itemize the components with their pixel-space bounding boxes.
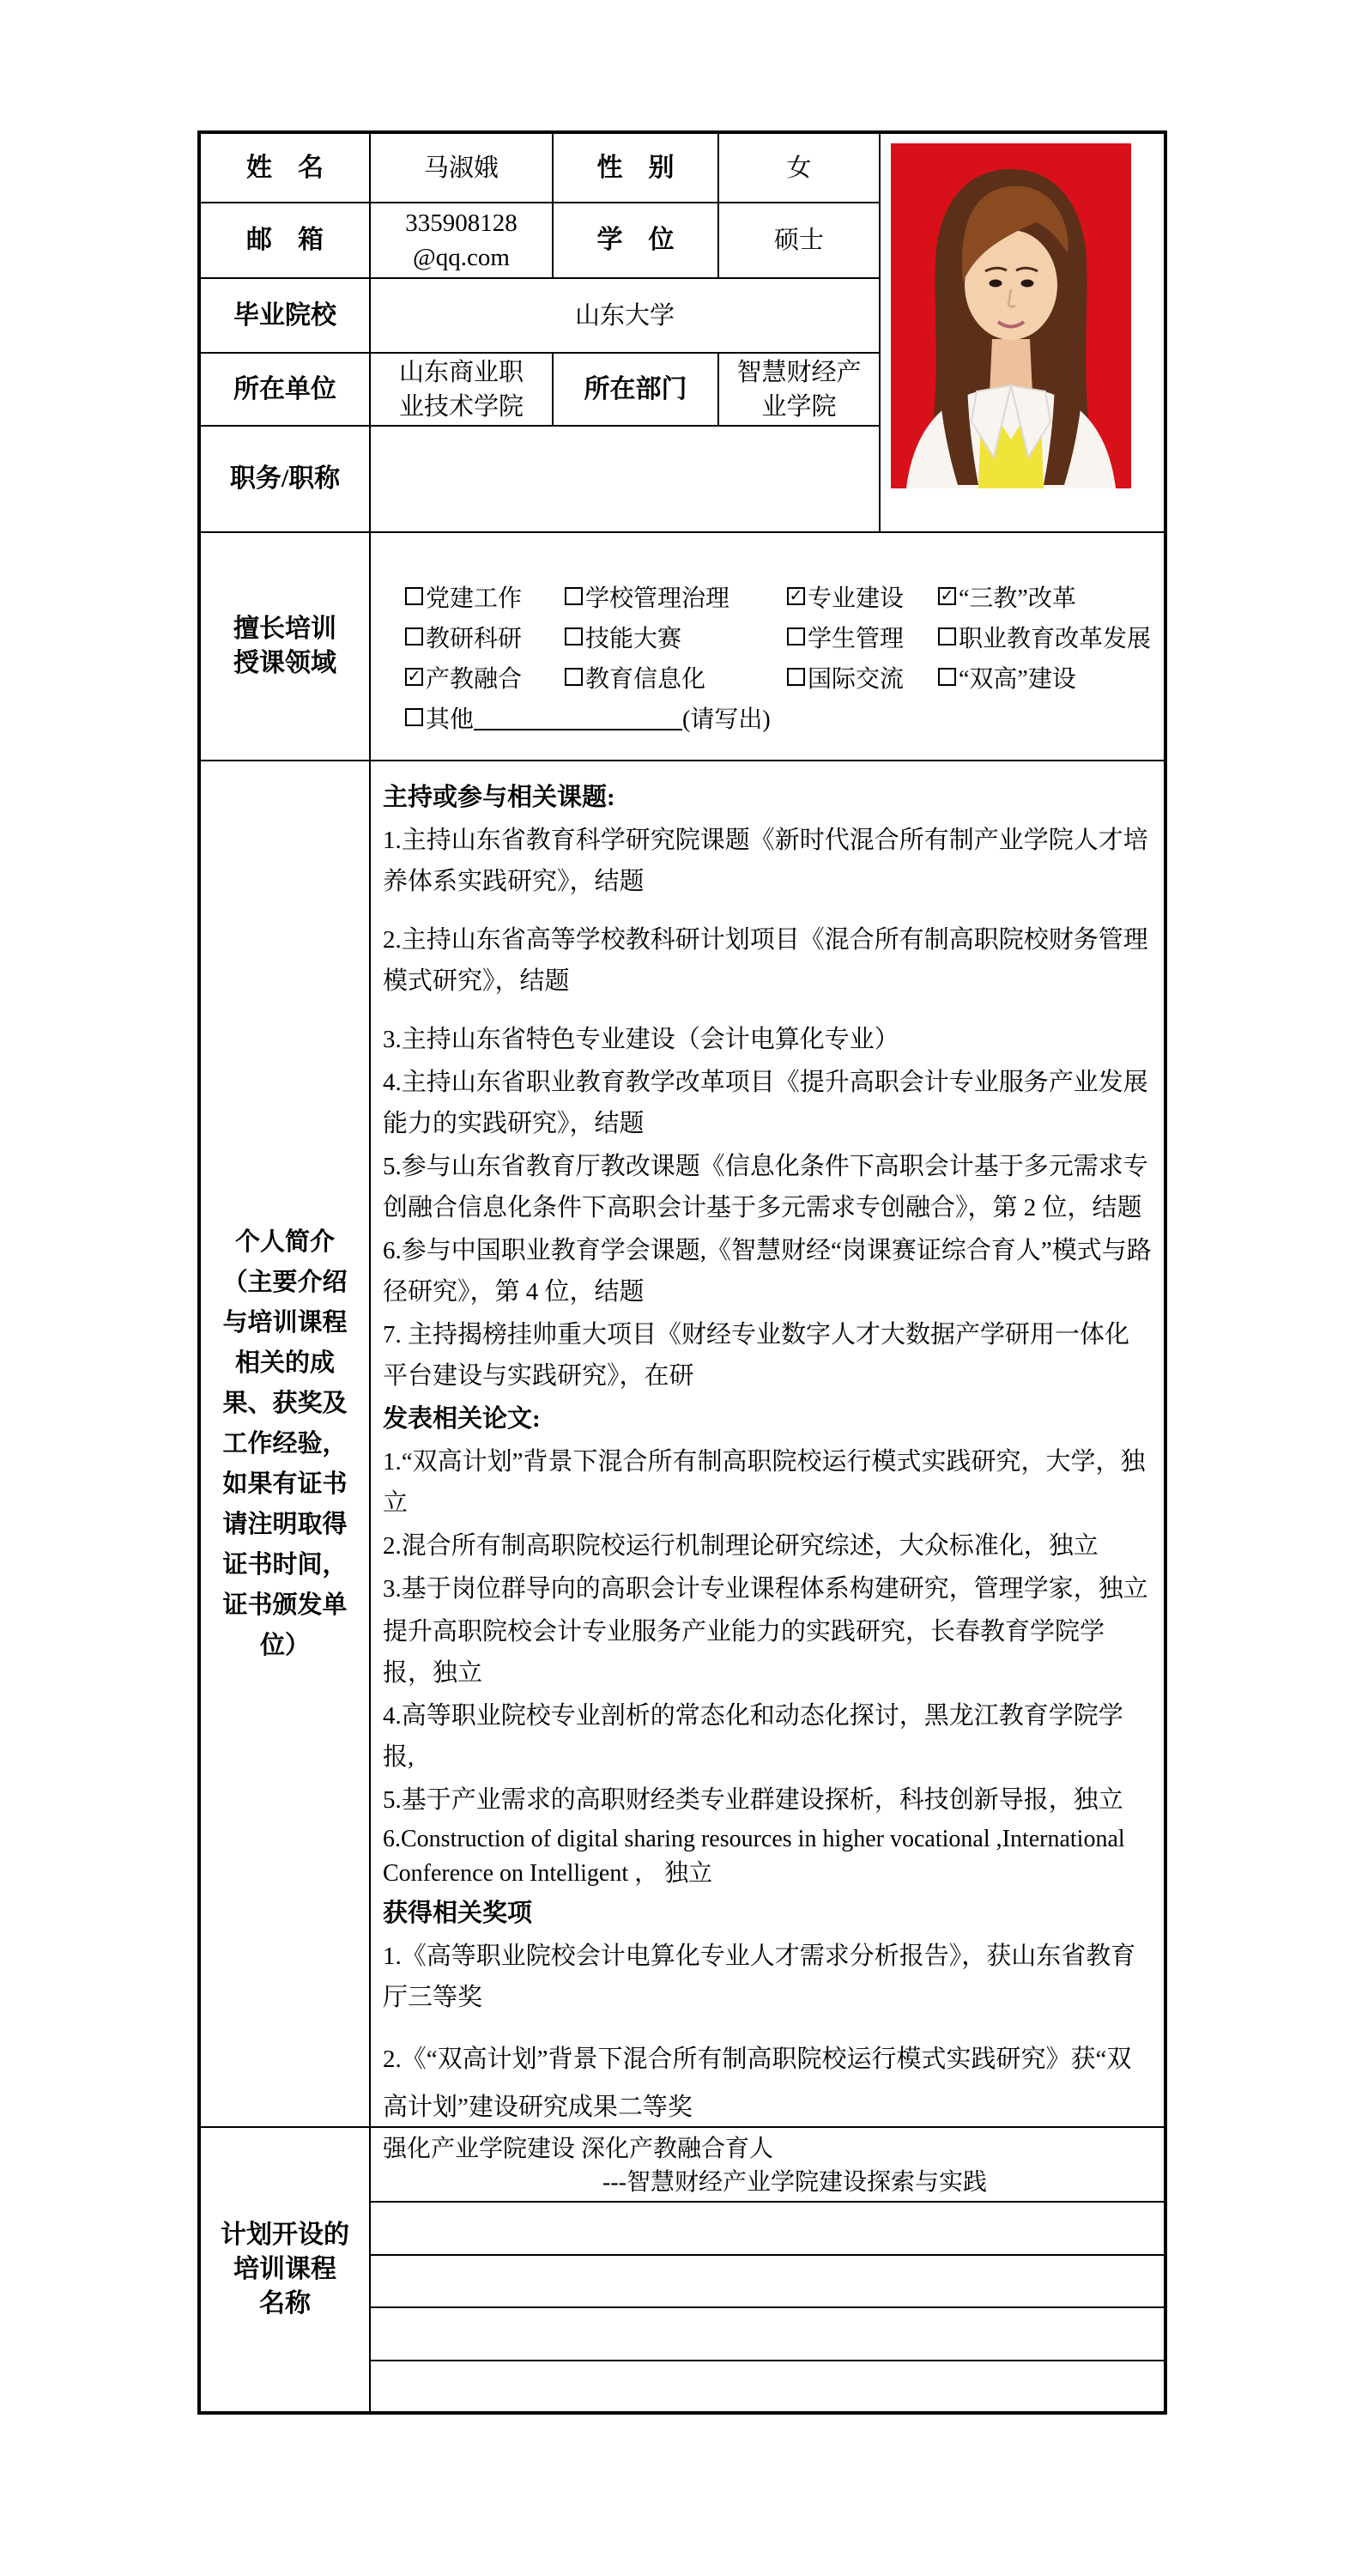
checkbox-label: 专业建设 — [808, 579, 904, 614]
course-title-line2: ---智慧财经产业学院建设探索与实践 — [371, 2166, 1164, 2199]
expertise-options: 党建工作 学校管理治理 ✓专业建设 ✓“三教”改革 教研科研 技能大赛 学生管理… — [371, 533, 1164, 761]
degree-value: 硕士 — [719, 203, 881, 279]
profile-paragraph: 1.《高等职业院校会计电算化专业人才需求分析报告》，获山东省教育厅三等奖 — [383, 1936, 1153, 2018]
gender-value: 女 — [719, 134, 881, 203]
school-label: 毕业院校 — [201, 279, 371, 354]
profile-label: 个人简介 （主要介绍 与培训课程 相关的成 果、获奖及 工作经验， 如果有证书 … — [201, 761, 371, 2128]
profile-paragraph: 4.主持山东省职业教育教学改革项目《提升高职会计专业服务产业发展能力的实践研究》… — [383, 1062, 1153, 1144]
email-line1: 335908128 — [405, 206, 518, 240]
unit-value: 山东商业职业技术学院 — [371, 354, 554, 427]
degree-label: 学 位 — [554, 203, 719, 279]
title-label: 职务/职称 — [201, 427, 371, 533]
other-blank-line — [474, 729, 682, 730]
id-photo — [891, 143, 1131, 488]
course-empty-row — [371, 2256, 1164, 2308]
school-value: 山东大学 — [371, 279, 881, 354]
eye-left — [990, 280, 1002, 288]
checkbox-label: 党建工作 — [426, 579, 522, 614]
profile-paragraph: 2.混合所有制高职院校运行机制理论研究综述，大众标准化，独立 — [383, 1525, 1153, 1567]
profile-paragraph: 3.基于岗位群导向的高职会计专业课程体系构建研究，管理学家，独立 — [383, 1568, 1153, 1609]
checkbox-icon — [405, 627, 423, 646]
profile-content: 主持或参与相关课题: 1.主持山东省教育科学研究院课题《新时代混合所有制产业学院… — [371, 761, 1164, 2128]
checkbox-label: 教育信息化 — [585, 660, 705, 694]
name-label: 姓 名 — [201, 134, 371, 203]
checkbox-icon — [787, 668, 805, 686]
profile-section: 个人简介 （主要介绍 与培训课程 相关的成 果、获奖及 工作经验， 如果有证书 … — [201, 761, 1164, 2128]
checkbox-label: 职业教育改革发展 — [959, 620, 1151, 654]
checkbox-label: 教研科研 — [426, 620, 522, 654]
basic-info-section: 姓 名 马淑娥 性 别 女 — [201, 134, 1164, 533]
profile-paragraph: 2.主持山东省高等学校教科研计划项目《混合所有制高职院校财务管理模式研究》，结题 — [383, 919, 1153, 1002]
course-empty-row — [371, 2308, 1164, 2361]
checkbox-item-other: 其他 (请写出) — [405, 697, 1164, 737]
checkbox-icon — [938, 668, 956, 686]
other-suffix: (请写出) — [682, 700, 771, 735]
checkbox-icon — [565, 587, 583, 605]
title-value — [371, 427, 881, 533]
profile-paragraph: 3.主持山东省特色专业建设（会计电算化专业） — [383, 1019, 1153, 1060]
checkbox-label: 学校管理治理 — [585, 579, 729, 614]
checkbox-label: 学生管理 — [808, 620, 904, 654]
name-value: 马淑娥 — [371, 134, 554, 203]
checkbox-item: 国际交流 — [787, 657, 938, 697]
checkbox-label: 产教融合 — [426, 660, 522, 694]
email-value: 335908128 @qq.com — [371, 203, 554, 279]
document-page: 姓 名 马淑娥 性 别 女 — [0, 0, 1362, 2576]
checkbox-item: 教研科研 — [405, 616, 565, 657]
checkbox-icon — [787, 627, 805, 646]
profile-paragraph: 6.参与中国职业教育学会课题,《智慧财经“岗课赛证综合育人”模式与路径研究》，第… — [383, 1230, 1153, 1312]
course-empty-row — [371, 2361, 1164, 2411]
checkbox-item: 学校管理治理 — [565, 576, 787, 616]
checkbox-label: 国际交流 — [808, 660, 904, 694]
profile-paragraph: 提升高职院校会计专业服务产业能力的实践研究，长春教育学院学报，独立 — [383, 1611, 1153, 1694]
checkbox-label: 其他 — [426, 700, 474, 735]
profile-paragraph: 4.高等职业院校专业剖析的常态化和动态化探讨，黑龙江教育学院学报, — [383, 1695, 1153, 1778]
profile-paragraph: 6.Construction of digital sharing resour… — [383, 1822, 1153, 1891]
checkbox-item: ✓产教融合 — [405, 657, 565, 697]
dept-value: 智慧财经产业学院 — [719, 354, 881, 427]
email-label: 邮 箱 — [201, 203, 371, 279]
course-title-row: 强化产业学院建设 深化产教融合育人 ---智慧财经产业学院建设探索与实践 — [371, 2128, 1164, 2203]
profile-heading: 主持或参与相关课题: — [383, 777, 1153, 818]
checkbox-icon — [565, 627, 583, 646]
checkbox-checked-icon: ✓ — [938, 587, 956, 605]
courses-section: 计划开设的 培训课程 名称 强化产业学院建设 深化产教融合育人 ---智慧财经产… — [201, 2128, 1164, 2411]
checkbox-checked-icon: ✓ — [787, 587, 805, 605]
checkbox-checked-icon: ✓ — [405, 668, 423, 686]
photo-cell — [881, 134, 1164, 533]
unit-label: 所在单位 — [201, 354, 371, 427]
checkbox-item: 教育信息化 — [565, 657, 787, 697]
profile-paragraph: 5.参与山东省教育厅教改课题《信息化条件下高职会计基于多元需求专创融合信息化条件… — [383, 1146, 1153, 1228]
profile-paragraph: 5.基于产业需求的高职财经类专业群建设探析，科技创新导报，独立 — [383, 1779, 1153, 1821]
checkbox-item: 技能大赛 — [565, 616, 787, 657]
profile-paragraph: 7. 主持揭榜挂帅重大项目《财经专业数字人才大数据产学研用一体化平台建设与实践研… — [383, 1314, 1153, 1397]
checkbox-item: 职业教育改革发展 — [938, 616, 1164, 657]
profile-paragraph: 1.“双高计划”背景下混合所有制高职院校运行模式实践研究，大学，独立 — [383, 1441, 1153, 1524]
courses-label: 计划开设的 培训课程 名称 — [201, 2128, 371, 2411]
expertise-label: 擅长培训 授课领域 — [201, 533, 371, 761]
checkbox-item: ✓专业建设 — [787, 576, 938, 616]
checkbox-label: “三教”改革 — [959, 579, 1076, 614]
profile-paragraph: 1.主持山东省教育科学研究院课题《新时代混合所有制产业学院人才培养体系实践研究》… — [383, 820, 1153, 902]
eye-right — [1021, 280, 1034, 288]
checkbox-icon — [938, 627, 956, 646]
profile-heading: 发表相关论文: — [383, 1398, 1153, 1440]
checkbox-item: 学生管理 — [787, 616, 938, 657]
checkbox-item: “双高”建设 — [938, 657, 1164, 697]
course-title-line1: 强化产业学院建设 深化产教融合育人 — [371, 2132, 1164, 2166]
trainer-info-table: 姓 名 马淑娥 性 别 女 — [197, 130, 1167, 2415]
checkbox-label: “双高”建设 — [959, 660, 1076, 694]
expertise-section: 擅长培训 授课领域 党建工作 学校管理治理 ✓专业建设 ✓“三教”改革 教研科研… — [201, 533, 1164, 761]
profile-heading: 获得相关奖项 — [383, 1893, 1153, 1934]
checkbox-item: 党建工作 — [405, 576, 565, 616]
checkbox-label: 技能大赛 — [585, 620, 681, 654]
email-line2: @qq.com — [405, 240, 518, 275]
course-empty-row — [371, 2203, 1164, 2256]
dept-label: 所在部门 — [554, 354, 719, 427]
checkbox-item: ✓“三教”改革 — [938, 576, 1164, 616]
checkbox-icon — [405, 587, 423, 605]
checkbox-icon — [405, 708, 423, 726]
checkbox-icon — [565, 668, 583, 686]
gender-label: 性 别 — [554, 134, 719, 203]
profile-paragraph: 2.《“双高计划”背景下混合所有制高职院校运行模式实践研究》获“双高计划”建设研… — [383, 2035, 1153, 2128]
checkbox-grid: 党建工作 学校管理治理 ✓专业建设 ✓“三教”改革 教研科研 技能大赛 学生管理… — [405, 576, 1164, 737]
